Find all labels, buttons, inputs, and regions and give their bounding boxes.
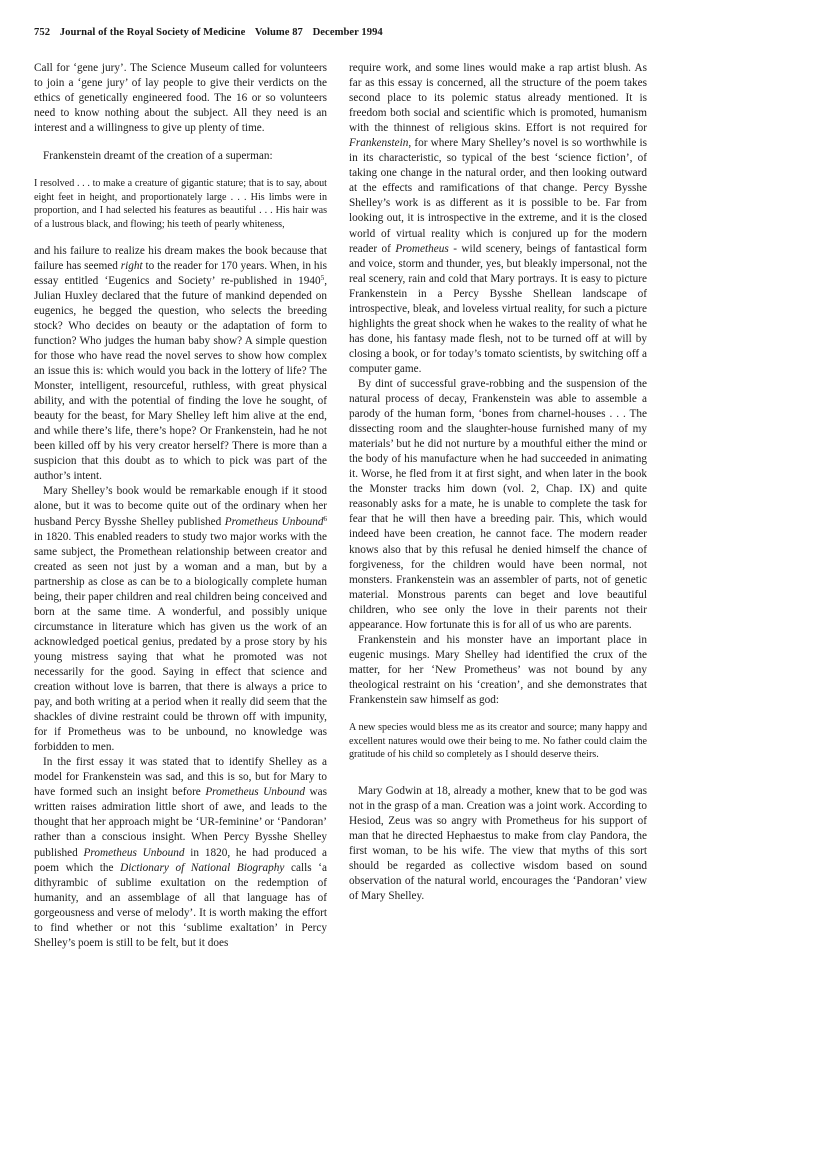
paragraph-rap-artist: require work, and some lines would make …: [349, 61, 647, 377]
right-column: require work, and some lines would make …: [349, 61, 647, 904]
left-column: Call for ‘gene jury’. The Science Museum…: [34, 61, 327, 951]
paragraph-mary-godwin: Mary Godwin at 18, already a mother, kne…: [349, 784, 647, 904]
paragraph-gene-jury: Call for ‘gene jury’. The Science Museum…: [34, 61, 327, 136]
volume-number: Volume 87: [255, 27, 303, 38]
block-quote-new-species: A new species would bless me as its crea…: [349, 721, 647, 762]
paragraph-first-essay: In the first essay it was stated that to…: [34, 755, 327, 951]
reference-6: 6: [324, 515, 328, 523]
paragraph-eugenic-musings: Frankenstein and his monster have an imp…: [349, 633, 647, 708]
page-number: 752: [34, 27, 50, 38]
paragraph-failure: and his failure to realize his dream mak…: [34, 244, 327, 485]
journal-title: Journal of the Royal Society of Medicine: [60, 27, 246, 38]
paragraph-grave-robbing: By dint of successful grave-robbing and …: [349, 377, 647, 633]
paragraph-prometheus-unbound: Mary Shelley’s book would be remarkable …: [34, 484, 327, 755]
title-prometheus-unbound: Prometheus Unbound: [225, 516, 324, 528]
paragraph-superman-intro: Frankenstein dreamt of the creation of a…: [34, 149, 327, 164]
emphasis-right: right: [121, 260, 143, 272]
title-dictionary-national-biography: Dictionary of National Biography: [120, 862, 284, 874]
issue-date: December 1994: [313, 27, 383, 38]
block-quote-creature: I resolved . . . to make a creature of g…: [34, 177, 327, 231]
running-header: 752 Journal of the Royal Society of Medi…: [34, 27, 390, 38]
